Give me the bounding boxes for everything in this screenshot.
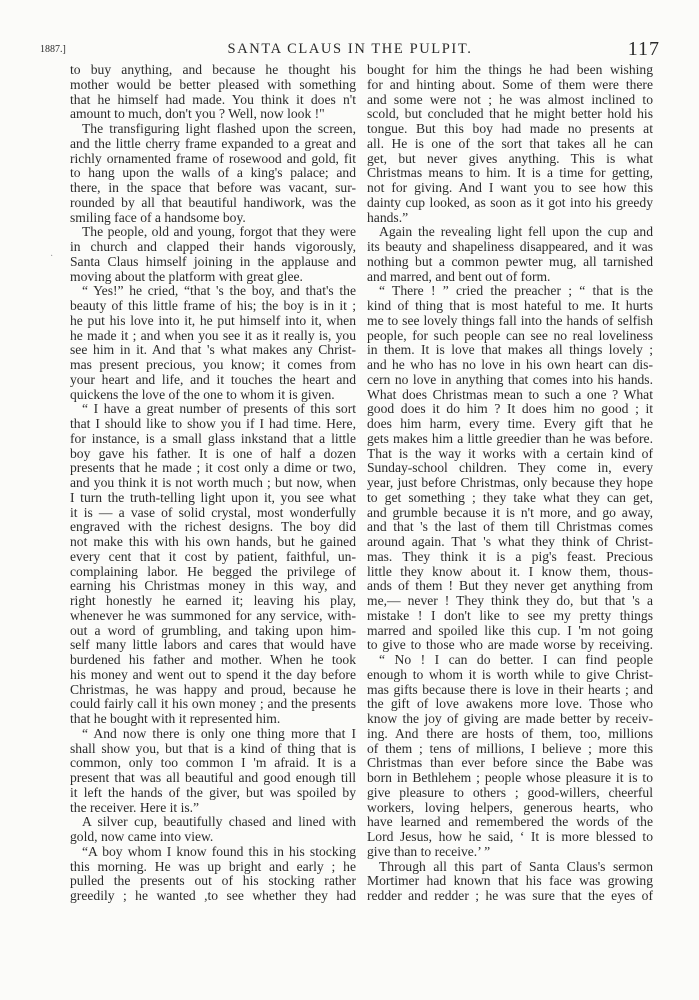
text-line: “ No ! I can do better. I can find peopl… [367,653,653,668]
text-line: right honestly he earned it; leaving his… [70,594,356,609]
running-header: 1887.] SANTA CLAUS IN THE PULPIT. 117 [40,38,660,62]
text-line: The transfiguring light flashed upon the… [70,122,356,137]
text-line: enough to whom it is worth while to give… [367,668,653,683]
text-line: for instance, is a small glass inkstand … [70,432,356,447]
text-line: does him harm, every time. Every gift th… [367,417,653,432]
text-line: see him in it. And that 's what makes an… [70,343,356,358]
text-line: beauty of this little frame of his; the … [70,299,356,314]
header-title: SANTA CLAUS IN THE PULPIT. [40,41,660,58]
text-line: mas. They think it is a pig's feast. Pre… [367,550,653,565]
margin-mark: · [50,251,53,262]
text-line: I turn the truth-telling light upon it, … [70,491,356,506]
text-line: and that 's the last of them till Christ… [367,520,653,535]
text-line: good does it do him ? It does him no goo… [367,402,653,417]
text-line: to get something ; they take what they c… [367,491,653,506]
text-line: earning his Christmas money in this way,… [70,579,356,594]
text-line: it left the hands of the giver, but was … [70,786,356,801]
right-column: bought for him the things he had been wi… [367,63,653,904]
text-line: not for giving. And I want you to see ho… [367,181,653,196]
text-line: “ There ! ” cried the preacher ; “ that … [367,284,653,299]
text-line: in church and clapped their hands vigoro… [70,240,356,255]
text-line: know the joy of giving are made better b… [367,712,653,727]
text-line: gets makes him a little greedier than he… [367,432,653,447]
text-line: dainty cup looked, as soon as it got int… [367,196,653,211]
text-line: every cent that it cost by patient, fait… [70,550,356,565]
text-line: boy gave his father. It is one of half a… [70,447,356,462]
text-line: could fairly call it his own money ; and… [70,697,356,712]
text-line: to hang upon the walls of a king's palac… [70,166,356,181]
text-line: amount to much, don't you ? Well, now lo… [70,107,356,122]
text-line: and the little cherry frame expanded to … [70,137,356,152]
text-line: “A boy whom I know found this in his sto… [70,845,356,860]
text-line: there, in the space that before was vaca… [70,181,356,196]
text-line: little they know about it. I know them, … [367,565,653,580]
text-line: people, for such people can see no real … [367,329,653,344]
text-line: give pleasure to others ; good-willers, … [367,786,653,801]
text-line: quickens the love of the one to whom it … [70,388,356,403]
text-line: richly ornamented frame of rosewood and … [70,152,356,167]
text-line: get, but never gives anything. This is w… [367,152,653,167]
text-line: gold, now came into view. [70,830,356,845]
text-line: self many little labors and cares that w… [70,638,356,653]
text-line: your heart and life, and it touches the … [70,373,356,388]
text-line: for and hinting about. Some of them were… [367,78,653,93]
text-line: the gift of love awakens more love. Thos… [367,697,653,712]
text-line: to give to those who are made worse by r… [367,638,653,653]
text-line: Lord Jesus, how he said, ‘ It is more bl… [367,830,653,845]
text-line: his money and went out to spend it the d… [70,668,356,683]
text-line: me to see lovely things fall into the ha… [367,314,653,329]
text-line: he put his love into it, he put himself … [70,314,356,329]
text-line: workers, loving helpers, generous hearts… [367,801,653,816]
text-line: bought for him the things he had been wi… [367,63,653,78]
text-line: cern no love in anything that comes into… [367,373,653,388]
text-line: and grumble because it is n't more, and … [367,506,653,521]
text-line: its beauty and shapeliness disappeared, … [367,240,653,255]
text-line: present that was all beautiful and good … [70,771,356,786]
text-line: That is the way it works with a certain … [367,447,653,462]
text-line: greedily ; he wanted ,to see whether the… [70,889,356,904]
text-line: smiling face of a handsome boy. [70,211,356,226]
text-line: that I should like to show you if I had … [70,417,356,432]
text-line: marred and spoiled like this cup. I 'm n… [367,624,653,639]
text-line: year, just before Christmas, only becaus… [367,476,653,491]
text-line: me,— never ! They think they do, but tha… [367,594,653,609]
page-number: 117 [628,38,660,61]
text-line: kind of thing that is most hateful to me… [367,299,653,314]
text-line: mother would be better pleased with some… [70,78,356,93]
text-line: not make this with his own hands, but he… [70,535,356,550]
text-line: Through all this part of Santa Claus's s… [367,860,653,875]
text-line: “ I have a great number of presents of t… [70,402,356,417]
text-line: Mortimer had known that his face was gro… [367,874,653,889]
text-line: out a word of grumbling, and taking upon… [70,624,356,639]
text-line: ing. And there are hosts of them, too, m… [367,727,653,742]
text-line: and marred, and bent out of form. [367,270,653,285]
text-line: he made it ; and when you see it as it r… [70,329,356,344]
text-line: moving about the platform with great gle… [70,270,356,285]
text-line: around again. That 's what they think of… [367,535,653,550]
text-line: presents that he made ; it cost only a d… [70,461,356,476]
text-line: “ And now there is only one thing more t… [70,727,356,742]
text-line: give than to receive.’ ” [367,845,653,860]
text-line: redder and redder ; he was sure that the… [367,889,653,904]
text-line: Again the revealing light fell upon the … [367,225,653,240]
text-line: Christmas than ever before since the Bab… [367,756,653,771]
text-line: this morning. He was up bright and early… [70,860,356,875]
text-line: of them ; tens of millions, I believe ; … [367,742,653,757]
text-line: What does Christmas mean to such a one ?… [367,388,653,403]
text-line: Sunday-school children. They come in, ev… [367,461,653,476]
text-line: have learned and remembered the words of… [367,815,653,830]
text-line: and he who has no love in his own heart … [367,358,653,373]
left-column: to buy anything, and because he thought … [70,63,356,904]
text-line: The people, old and young, forgot that t… [70,225,356,240]
text-line: the receiver. Here it is.” [70,801,356,816]
text-line: that he bought with it represented him. [70,712,356,727]
text-line: Christmas, he was happy and proud, becau… [70,683,356,698]
text-line: pulled the presents out of his stocking … [70,874,356,889]
text-line: Santa Claus himself joining in the appla… [70,255,356,270]
text-line: shall show you, but that is a kind of th… [70,742,356,757]
text-line: it is — a vase of solid crystal, most wo… [70,506,356,521]
text-line: complaining labor. He begged the privile… [70,565,356,580]
text-line: engraved with the richest designs. The b… [70,520,356,535]
text-line: mas present precious, you know; it comes… [70,358,356,373]
text-line: and some were not ; he was almost inclin… [367,93,653,108]
text-line: hands.” [367,211,653,226]
text-line: and you think it is not worth much ; but… [70,476,356,491]
text-line: born in Bethlehem ; people whose pleasur… [367,771,653,786]
text-line: mas gifts because there is love in their… [367,683,653,698]
text-line: nothing but a common pewter mug, all tar… [367,255,653,270]
text-line: ands of them ! But they never get anythi… [367,579,653,594]
text-line: Christmas means to him. It is a time for… [367,166,653,181]
text-line: rounded by all that beautiful handiwork,… [70,196,356,211]
text-line: all. He is one of the sort that takes al… [367,137,653,152]
text-line: in them. It is love that makes all thing… [367,343,653,358]
text-line: to buy anything, and because he thought … [70,63,356,78]
text-line: A silver cup, beautifully chased and lin… [70,815,356,830]
text-line: mistake ! I don't like to see my pretty … [367,609,653,624]
text-line: tongue. But this boy had made no present… [367,122,653,137]
text-line: that he himself had made. You think it d… [70,93,356,108]
text-line: common, only too common I 'm afraid. It … [70,756,356,771]
text-line: “ Yes!” he cried, “that 's the boy, and … [70,284,356,299]
text-line: scold, but concluded that he might bette… [367,107,653,122]
text-line: burdened his father and mother. When he … [70,653,356,668]
text-line: whenever he was summoned for any service… [70,609,356,624]
